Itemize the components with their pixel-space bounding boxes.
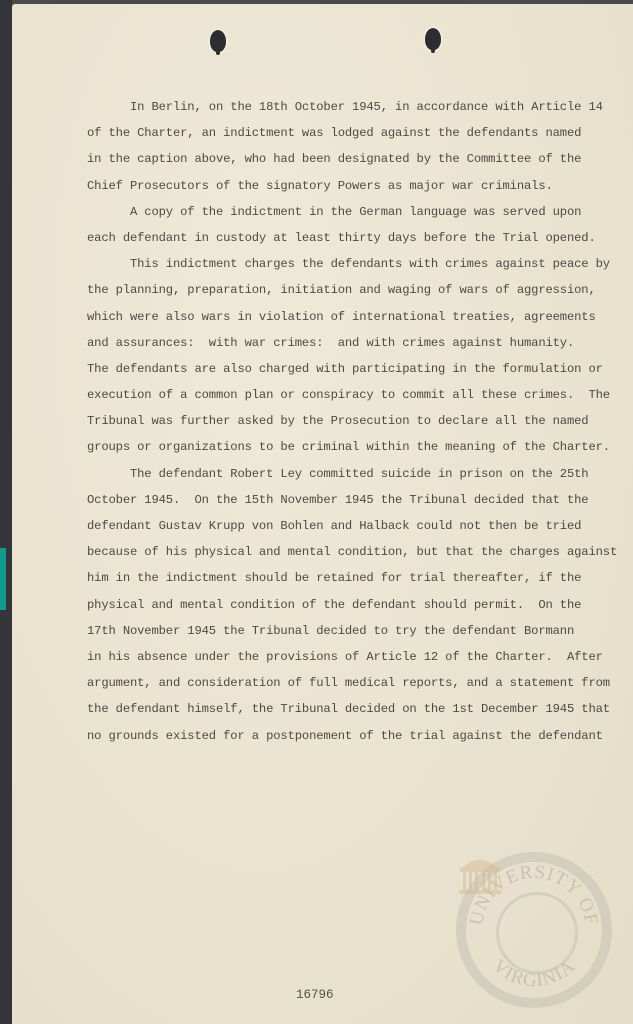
text-line: physical and mental condition of the def… — [87, 592, 577, 618]
text-line: because of his physical and mental condi… — [87, 539, 577, 565]
text-line: him in the indictment should be retained… — [87, 565, 577, 591]
text-line: In Berlin, on the 18th October 1945, in … — [87, 94, 577, 120]
text-line: A copy of the indictment in the German l… — [87, 199, 577, 225]
university-seal-watermark: UNIVERSITY OF VIRGINIA — [456, 852, 612, 1008]
teal-tab-marker — [0, 548, 6, 610]
text-line: the planning, preparation, initiation an… — [87, 277, 577, 303]
text-line: which were also wars in violation of int… — [87, 304, 577, 330]
text-line: This indictment charges the defendants w… — [87, 251, 577, 277]
paragraph-defendant-status: The defendant Robert Ley committed suici… — [87, 461, 577, 749]
paragraph-copy-served: A copy of the indictment in the German l… — [87, 199, 577, 251]
paragraph-charges: This indictment charges the defendants w… — [87, 251, 577, 461]
paragraph-indictment-lodged: In Berlin, on the 18th October 1945, in … — [87, 94, 577, 199]
text-line: of the Charter, an indictment was lodged… — [87, 120, 577, 146]
rotunda-icon — [456, 852, 504, 896]
punch-hole-left-icon — [210, 30, 226, 52]
text-line: defendant Gustav Krupp von Bohlen and Ha… — [87, 513, 577, 539]
page-number: 16796 — [296, 988, 334, 1002]
text-line: each defendant in custody at least thirt… — [87, 225, 577, 251]
text-line: the defendant himself, the Tribunal deci… — [87, 696, 577, 722]
punch-hole-right-icon — [425, 28, 441, 50]
text-line: no grounds existed for a postponement of… — [87, 723, 577, 749]
text-line: and assurances: with war crimes: and wit… — [87, 330, 577, 356]
text-line: in the caption above, who had been desig… — [87, 146, 577, 172]
text-line: Tribunal was further asked by the Prosec… — [87, 408, 577, 434]
text-line: 17th November 1945 the Tribunal decided … — [87, 618, 577, 644]
seal-inner-ring — [496, 892, 578, 974]
text-line: execution of a common plan or conspiracy… — [87, 382, 577, 408]
text-line: argument, and consideration of full medi… — [87, 670, 577, 696]
text-line: groups or organizations to be criminal w… — [87, 434, 577, 460]
text-line: The defendants are also charged with par… — [87, 356, 577, 382]
text-line: in his absence under the provisions of A… — [87, 644, 577, 670]
text-line: October 1945. On the 15th November 1945 … — [87, 487, 577, 513]
document-body: In Berlin, on the 18th October 1945, in … — [87, 94, 577, 749]
text-line: The defendant Robert Ley committed suici… — [87, 461, 577, 487]
text-line: Chief Prosecutors of the signatory Power… — [87, 173, 577, 199]
